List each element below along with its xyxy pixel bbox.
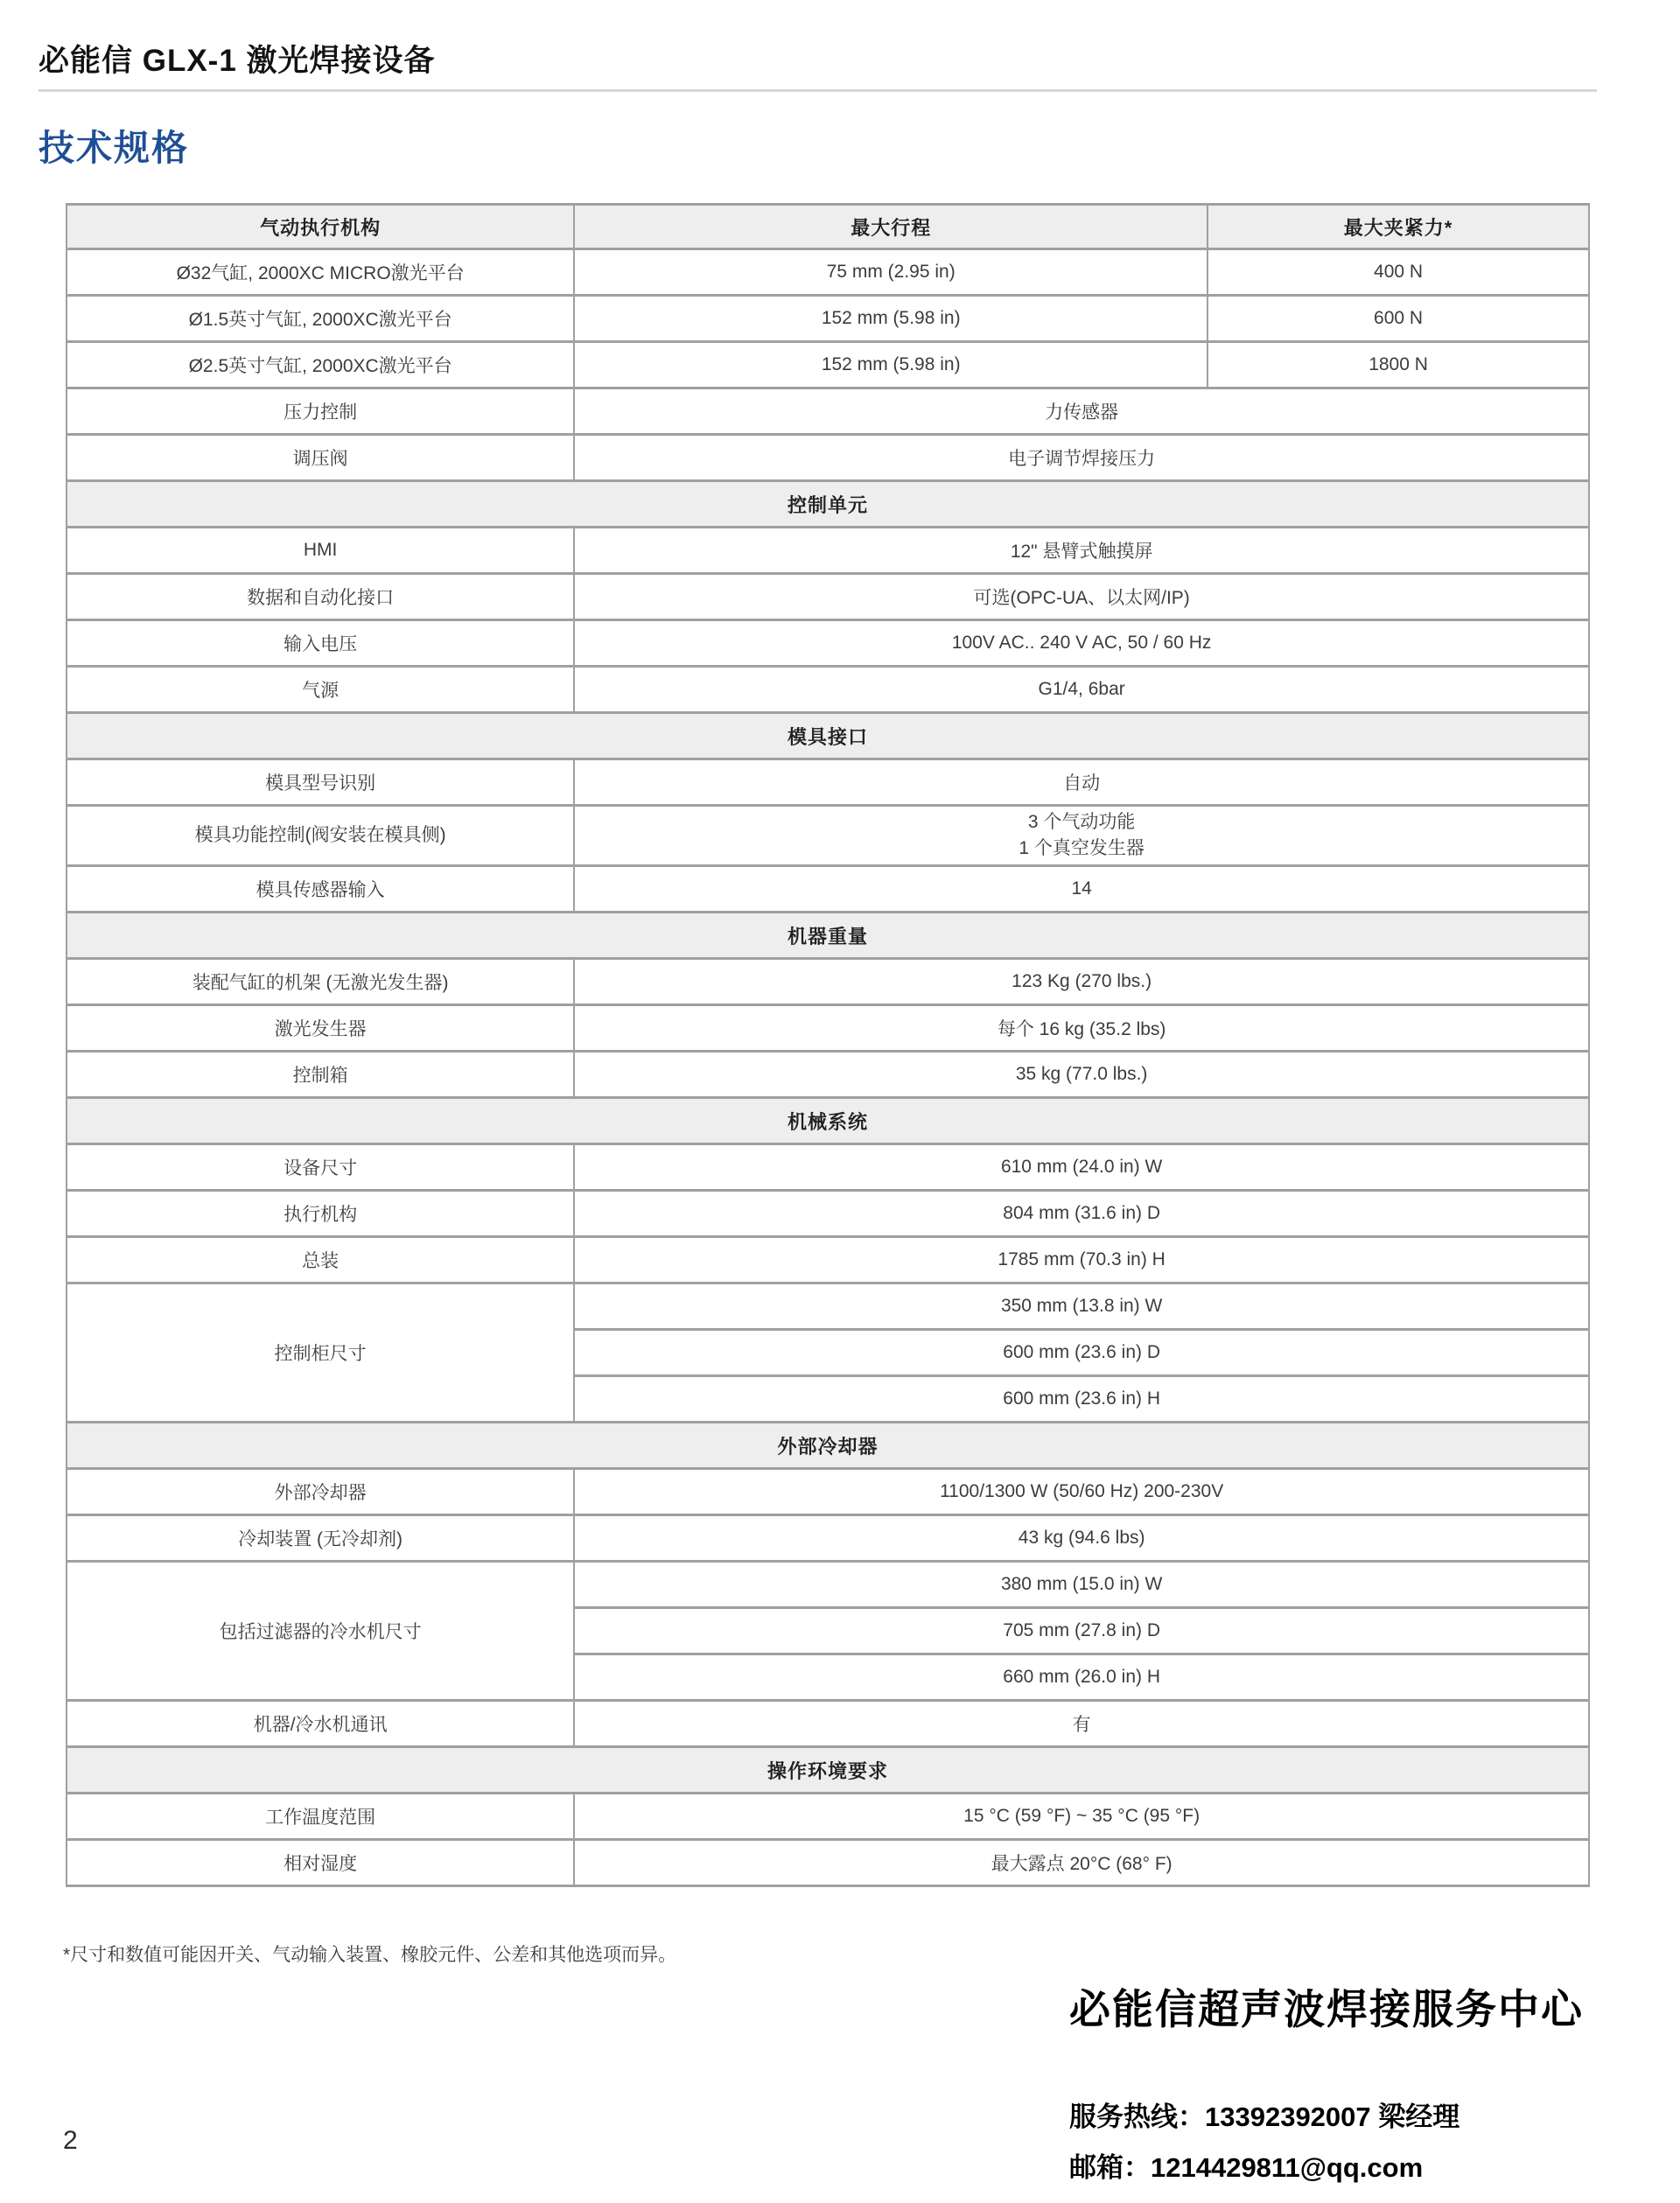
spec-table: 气动执行机构最大行程最大夹紧力*Ø32气缸, 2000XC MICRO激光平台7… [66,203,1590,1887]
spec-label: 控制箱 [66,1052,574,1098]
spec-value: 600 mm (23.6 in) H [574,1376,1589,1423]
spec-value: 100V AC.. 240 V AC, 50 / 60 Hz [574,620,1589,667]
spec-value-secondary: 600 N [1207,296,1589,342]
spec-label: 模具传感器输入 [66,866,574,913]
spec-label: 外部冷却器 [66,1469,574,1515]
spec-value: G1/4, 6bar [574,667,1589,713]
spec-value: 每个 16 kg (35.2 lbs) [574,1005,1589,1052]
spec-value: 123 Kg (270 lbs.) [574,959,1589,1005]
spec-value: 最大露点 20°C (68° F) [574,1840,1589,1886]
spec-label: 装配气缸的机架 (无激光发生器) [66,959,574,1005]
spec-row: 机器/冷水机通讯有 [66,1701,1589,1747]
spec-value: 3 个气动功能1 个真空发生器 [574,806,1589,866]
service-center-title: 必能信超声波焊接服务中心 [1069,1977,1584,2036]
spec-value: 380 mm (15.0 in) W [574,1562,1589,1608]
spec-row: Ø2.5英寸气缸, 2000XC激光平台152 mm (5.98 in)1800… [66,342,1589,388]
spec-value: 804 mm (31.6 in) D [574,1191,1589,1237]
spec-row: Ø32气缸, 2000XC MICRO激光平台75 mm (2.95 in)40… [66,249,1589,296]
spec-value-secondary: 1800 N [1207,342,1589,388]
spec-value: 15 °C (59 °F) ~ 35 °C (95 °F) [574,1794,1589,1840]
spec-value: 可选(OPC-UA、以太网/IP) [574,574,1589,620]
column-header: 气动执行机构 [66,205,574,249]
spec-label: Ø1.5英寸气缸, 2000XC激光平台 [66,296,574,342]
spec-label: 模具型号识别 [66,759,574,806]
section-row: 操作环境要求 [66,1747,1589,1794]
spec-label: 包括过滤器的冷水机尺寸 [66,1562,574,1701]
spec-row: 相对湿度最大露点 20°C (68° F) [66,1840,1589,1886]
spec-label: Ø2.5英寸气缸, 2000XC激光平台 [66,342,574,388]
spec-row: 调压阀电子调节焊接压力 [66,435,1589,481]
service-email: 邮箱：1214429811@qq.com [1069,2145,1423,2185]
spec-label: 气源 [66,667,574,713]
section-label: 控制单元 [66,481,1589,528]
spec-row: 冷却装置 (无冷却剂)43 kg (94.6 lbs) [66,1515,1589,1562]
spec-value: 600 mm (23.6 in) D [574,1330,1589,1376]
spec-label: 激光发生器 [66,1005,574,1052]
section-row: 模具接口 [66,713,1589,759]
spec-row: 外部冷却器1100/1300 W (50/60 Hz) 200-230V [66,1469,1589,1515]
spec-label: 设备尺寸 [66,1144,574,1191]
section-label: 外部冷却器 [66,1423,1589,1469]
spec-value: 自动 [574,759,1589,806]
spec-row: 控制柜尺寸350 mm (13.8 in) W [66,1283,1589,1330]
spec-label: 数据和自动化接口 [66,574,574,620]
spec-row: 压力控制力传感器 [66,388,1589,435]
spec-row: 总装1785 mm (70.3 in) H [66,1237,1589,1283]
spec-value: 14 [574,866,1589,913]
section-row: 控制单元 [66,481,1589,528]
spec-row: 模具型号识别自动 [66,759,1589,806]
spec-label: 总装 [66,1237,574,1283]
spec-row: 包括过滤器的冷水机尺寸380 mm (15.0 in) W [66,1562,1589,1608]
section-label: 操作环境要求 [66,1747,1589,1794]
spec-value: 12" 悬臂式触摸屏 [574,528,1589,574]
spec-row: 气源G1/4, 6bar [66,667,1589,713]
spec-value: 35 kg (77.0 lbs.) [574,1052,1589,1098]
spec-value: 电子调节焊接压力 [574,435,1589,481]
spec-value: 75 mm (2.95 in) [574,249,1207,296]
footnote: *尺寸和数值可能因开关、气动输入装置、橡胶元件、公差和其他选项而异。 [63,1941,676,1967]
column-header: 最大夹紧力* [1207,205,1589,249]
spec-label: 相对湿度 [66,1840,574,1886]
spec-section-heading: 技术规格 [38,119,189,171]
section-row: 外部冷却器 [66,1423,1589,1469]
spec-value: 有 [574,1701,1589,1747]
spec-value: 660 mm (26.0 in) H [574,1654,1589,1701]
table-header-row: 气动执行机构最大行程最大夹紧力* [66,205,1589,249]
column-header: 最大行程 [574,205,1207,249]
spec-label: HMI [66,528,574,574]
spec-value: 610 mm (24.0 in) W [574,1144,1589,1191]
document-title: 必能信 GLX-1 激光焊接设备 [38,37,436,80]
spec-value: 152 mm (5.98 in) [574,296,1207,342]
spec-row: 激光发生器每个 16 kg (35.2 lbs) [66,1005,1589,1052]
spec-label: Ø32气缸, 2000XC MICRO激光平台 [66,249,574,296]
spec-row: 装配气缸的机架 (无激光发生器)123 Kg (270 lbs.) [66,959,1589,1005]
spec-label: 工作温度范围 [66,1794,574,1840]
spec-row: HMI12" 悬臂式触摸屏 [66,528,1589,574]
spec-value: 152 mm (5.98 in) [574,342,1207,388]
section-label: 模具接口 [66,713,1589,759]
spec-label: 控制柜尺寸 [66,1283,574,1423]
spec-value: 力传感器 [574,388,1589,435]
spec-label: 输入电压 [66,620,574,667]
spec-label: 压力控制 [66,388,574,435]
spec-label: 调压阀 [66,435,574,481]
section-row: 机器重量 [66,913,1589,959]
spec-row: 控制箱35 kg (77.0 lbs.) [66,1052,1589,1098]
spec-value: 350 mm (13.8 in) W [574,1283,1589,1330]
page-number: 2 [63,2126,78,2156]
spec-label: 模具功能控制(阀安装在模具侧) [66,806,574,866]
spec-value: 705 mm (27.8 in) D [574,1608,1589,1654]
spec-row: 模具功能控制(阀安装在模具侧)3 个气动功能1 个真空发生器 [66,806,1589,866]
spec-value: 1785 mm (70.3 in) H [574,1237,1589,1283]
spec-row: 工作温度范围15 °C (59 °F) ~ 35 °C (95 °F) [66,1794,1589,1840]
spec-value-secondary: 400 N [1207,249,1589,296]
spec-label: 机器/冷水机通讯 [66,1701,574,1747]
spec-value: 1100/1300 W (50/60 Hz) 200-230V [574,1469,1589,1515]
spec-row: Ø1.5英寸气缸, 2000XC激光平台152 mm (5.98 in)600 … [66,296,1589,342]
title-divider [38,89,1597,92]
spec-row: 模具传感器输入14 [66,866,1589,913]
section-row: 机械系统 [66,1098,1589,1144]
section-label: 机械系统 [66,1098,1589,1144]
section-label: 机器重量 [66,913,1589,959]
spec-row: 输入电压100V AC.. 240 V AC, 50 / 60 Hz [66,620,1589,667]
spec-value: 43 kg (94.6 lbs) [574,1515,1589,1562]
document-page: 必能信 GLX-1 激光焊接设备 技术规格 气动执行机构最大行程最大夹紧力*Ø3… [0,0,1680,2203]
spec-row: 设备尺寸610 mm (24.0 in) W [66,1144,1589,1191]
spec-row: 执行机构804 mm (31.6 in) D [66,1191,1589,1237]
spec-row: 数据和自动化接口可选(OPC-UA、以太网/IP) [66,574,1589,620]
spec-label: 冷却装置 (无冷却剂) [66,1515,574,1562]
service-hotline: 服务热线：13392392007 梁经理 [1069,2095,1459,2134]
spec-label: 执行机构 [66,1191,574,1237]
